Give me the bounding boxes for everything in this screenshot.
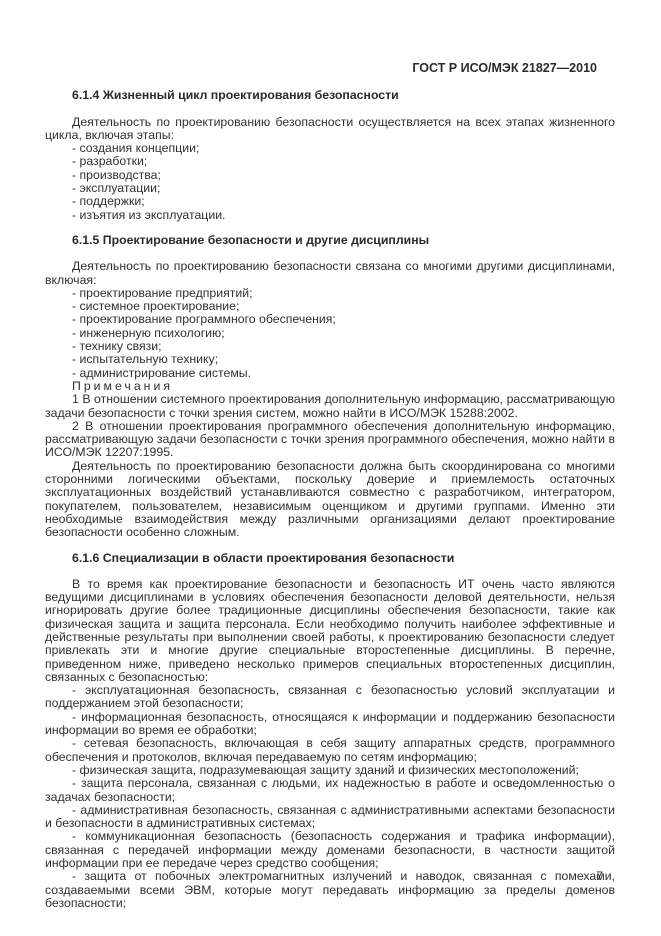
notes-label: Примечания [45,380,615,393]
list-item: - изъятия из эксплуатации. [45,209,615,222]
list-item: - защита персонала, связанная с людьми, … [45,777,615,804]
section-6-1-4: 6.1.4 Жизненный цикл проектирования безо… [45,89,615,222]
list-item: - испытательную технику; [45,353,615,366]
list-item: - разработки; [45,155,615,168]
document-page: ГОСТ Р ИСО/МЭК 21827—2010 6.1.4 Жизненны… [0,0,661,936]
section-6-1-6: 6.1.6 Специализации в области проектиров… [45,552,615,911]
document-header: ГОСТ Р ИСО/МЭК 21827—2010 [45,62,597,75]
note: 1 В отношении системного проектирования … [45,393,615,420]
list-item: - поддержки; [45,195,615,208]
list-item: - защита от побочных электромагнитных из… [45,870,615,910]
page-content: ГОСТ Р ИСО/МЭК 21827—2010 6.1.4 Жизненны… [0,0,661,910]
paragraph: Деятельность по проектированию безопасно… [45,260,615,287]
section-heading: 6.1.6 Специализации в области проектиров… [45,552,615,565]
list-item: - коммуникационная безопасность (безопас… [45,830,615,870]
list-item: - административная безопасность, связанн… [45,804,615,831]
list-item: - администрирование системы. [45,367,615,380]
section-6-1-5: 6.1.5 Проектирование безопасности и друг… [45,234,615,540]
list-item: - создания концепции; [45,142,615,155]
page-number: 7 [596,870,603,883]
paragraph: Деятельность по проектированию безопасно… [45,116,615,143]
list-item: - инженерную психологию; [45,327,615,340]
section-heading: 6.1.5 Проектирование безопасности и друг… [45,234,615,247]
section-heading: 6.1.4 Жизненный цикл проектирования безо… [45,89,615,102]
list-item: - информационная безопасность, относящая… [45,711,615,738]
list-item: - физическая защита, подразумевающая защ… [45,764,615,777]
list-item: - технику связи; [45,340,615,353]
list-item: - системное проектирование; [45,300,615,313]
list-item: - эксплуатации; [45,182,615,195]
list-item: - проектирование предприятий; [45,287,615,300]
list-item: - сетевая безопасность, включающая в себ… [45,737,615,764]
list-item: - проектирование программного обеспечени… [45,313,615,326]
note: 2 В отношении проектирования программног… [45,420,615,460]
list-item: - эксплуатационная безопасность, связанн… [45,684,615,711]
list-item: - производства; [45,169,615,182]
paragraph: Деятельность по проектированию безопасно… [45,460,615,540]
paragraph: В то время как проектирование безопаснос… [45,578,615,684]
